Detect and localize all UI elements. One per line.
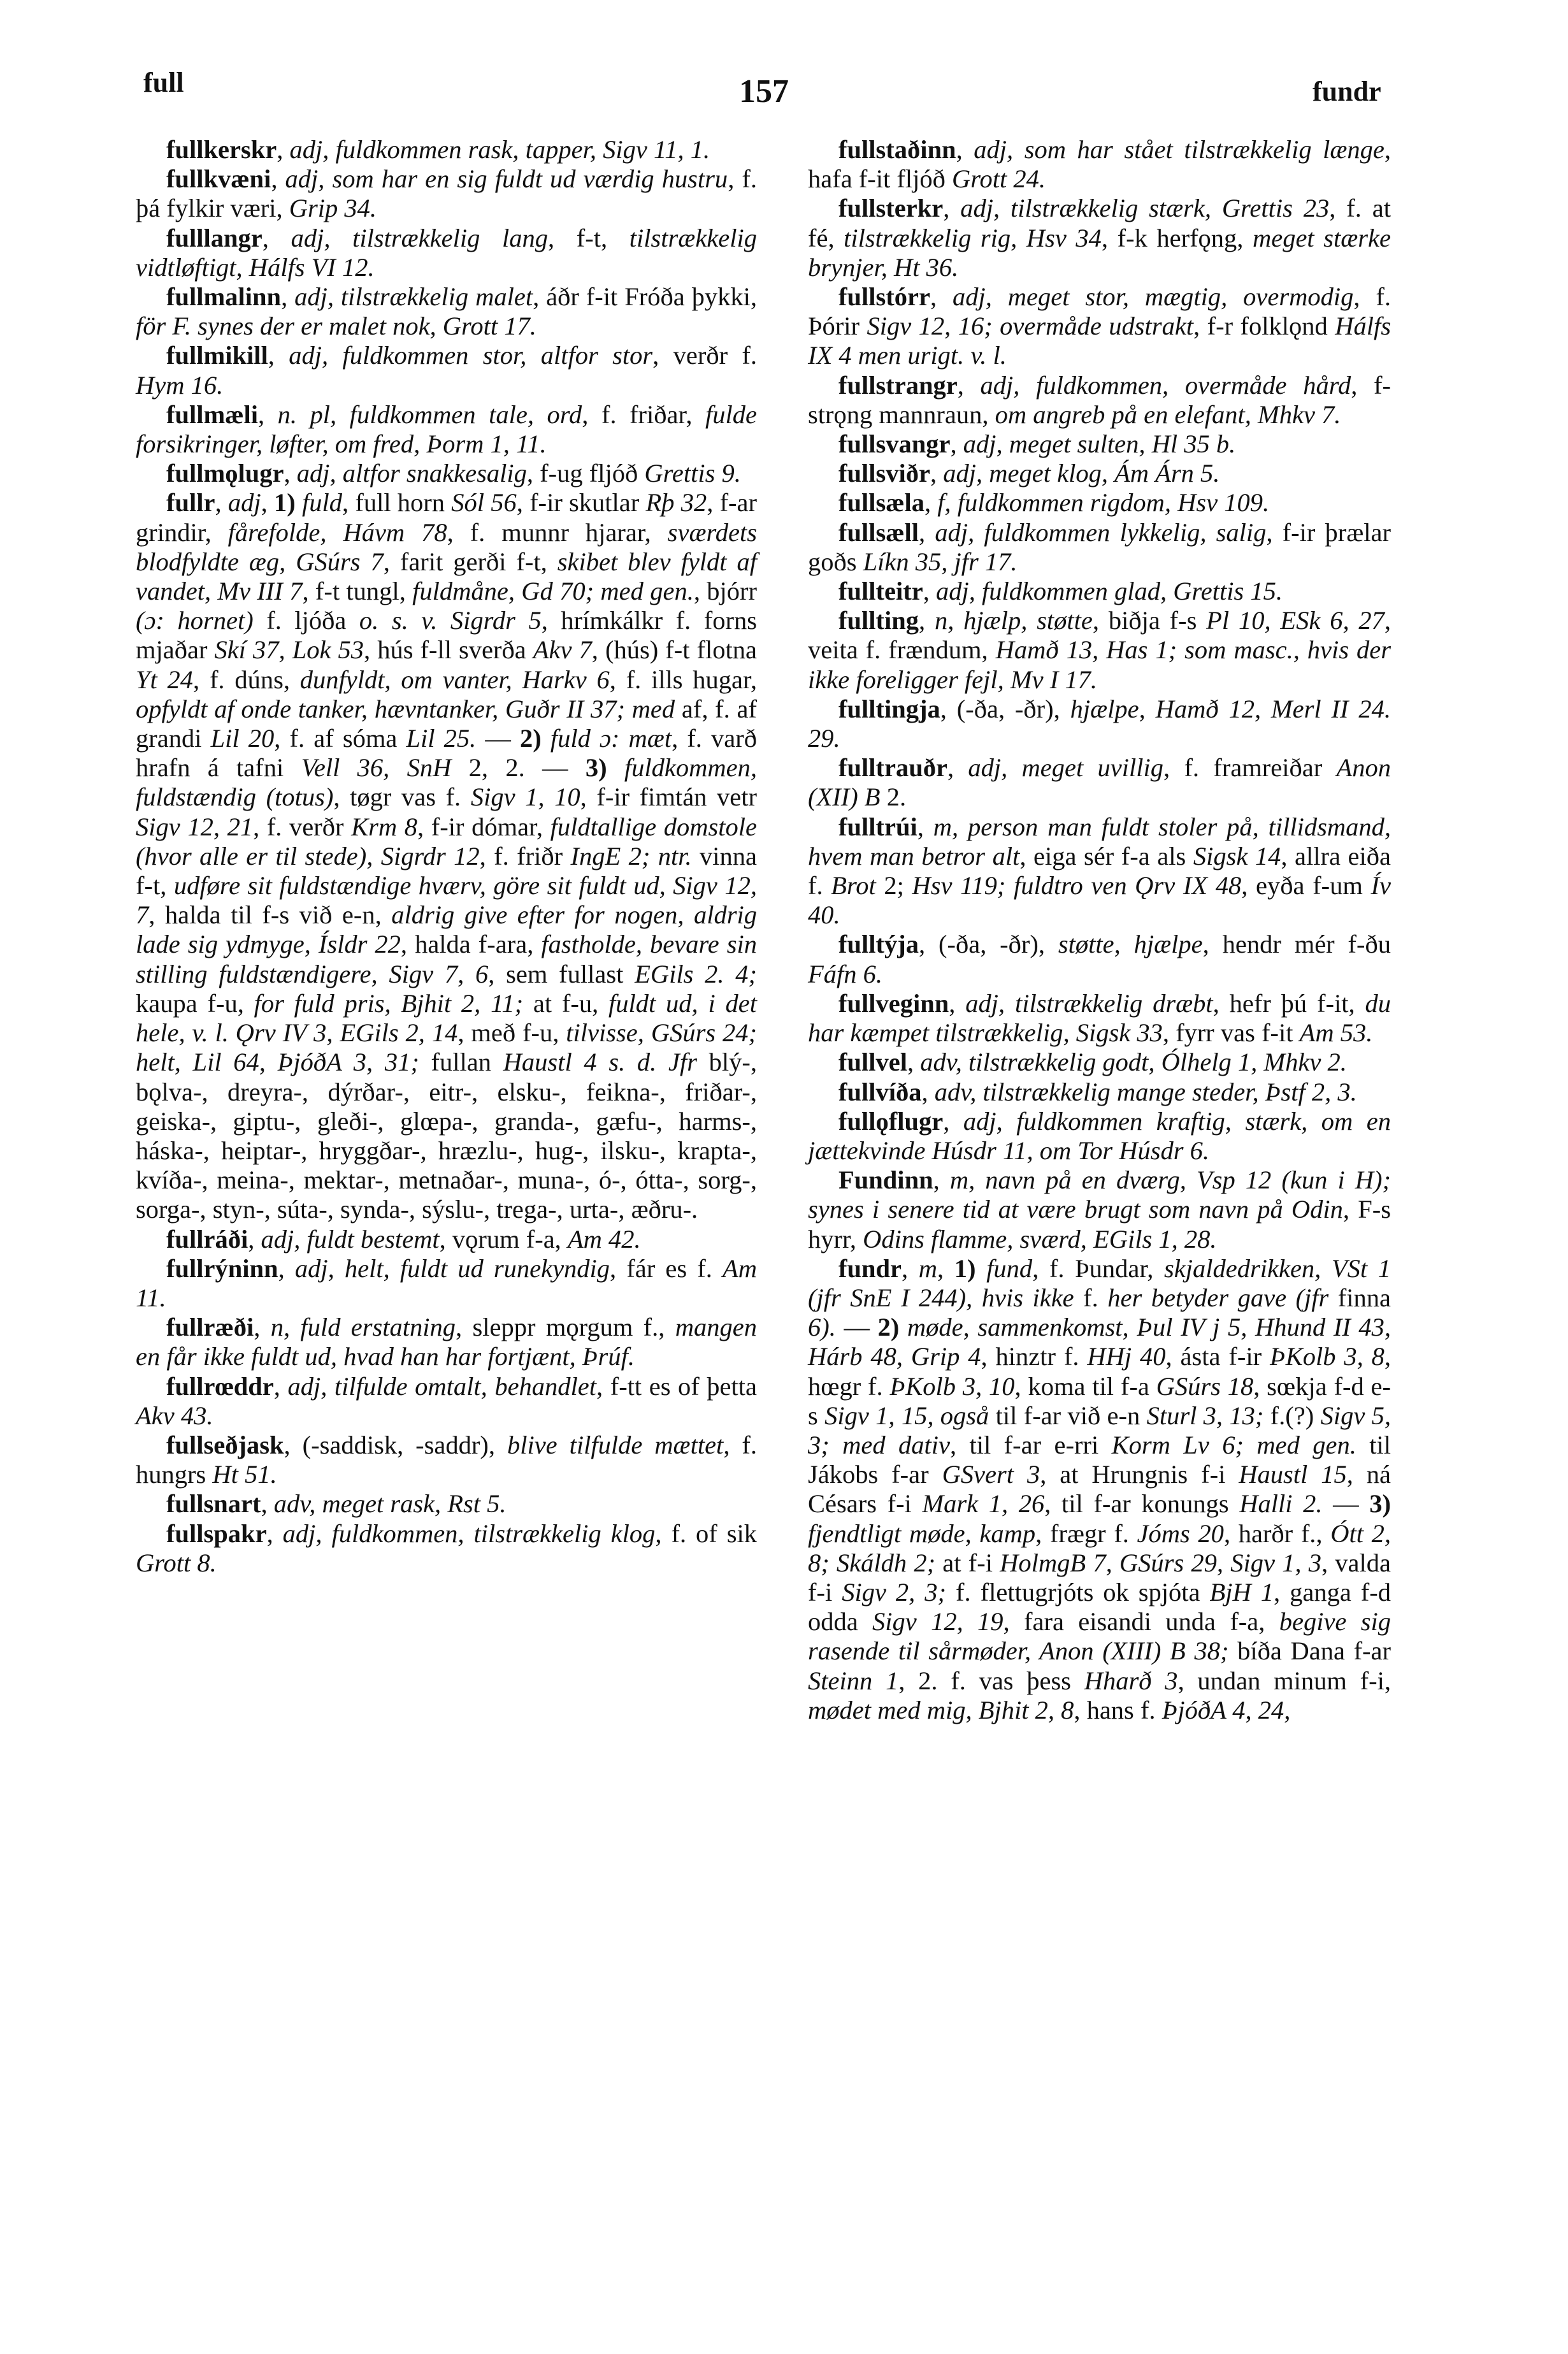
entry-text: , hefr þú f-it, [1213, 989, 1365, 1018]
dictionary-entry: fullsæla, f, fuldkommen rigdom, Hsv 109. [808, 488, 1391, 517]
entry-text: Sigv 2, 3; [842, 1578, 946, 1607]
entry-text: Pl 10, ESk 6, 27 [1206, 606, 1385, 635]
entry-text: adj, meget uvillig [968, 753, 1163, 782]
entry-text: BjH 1 [1210, 1578, 1274, 1607]
entry-text: , [268, 341, 289, 370]
entry-text: Sigv 12, 21 [136, 812, 253, 841]
entry-text: , [943, 194, 960, 222]
dictionary-entry: fullstaðinn, adj, som har stået tilstræk… [808, 135, 1391, 194]
entry-text: adj, meget stor, mægtig, overmodig [953, 282, 1353, 311]
entry-text: fuld [302, 488, 342, 517]
entry-text: , (-saddisk, -saddr), [284, 1431, 507, 1459]
entry-text: Mark 1, 26 [922, 1489, 1044, 1518]
entry-text: adj, fuldkommen, tilstrækkelig klog [283, 1519, 656, 1548]
entry-text: f. ljóða [254, 606, 359, 635]
entry-text: — [1323, 1489, 1370, 1518]
entry-text: Grott 8. [136, 1549, 217, 1577]
headword: fullkvæni [166, 164, 271, 193]
entry-text: n, fuld erstatning [271, 1313, 456, 1341]
headword: fullráði [166, 1225, 248, 1253]
entry-text: adj, fuldkommen stor, altfor stor [289, 341, 652, 370]
headword: fullvel [838, 1048, 907, 1076]
entry-text: blive tilfulde mættet [507, 1431, 723, 1459]
entry-text: f, fuldkommen rigdom, Hsv 109. [937, 488, 1269, 517]
entry-text: , [267, 1519, 283, 1548]
headword: fullsnart [166, 1489, 261, 1518]
entry-text: , f-t, [548, 224, 629, 252]
entry-text: kaupa f-u, [136, 989, 254, 1018]
headword: fullmæli [166, 400, 258, 429]
headword: fulllangr [166, 224, 263, 252]
dictionary-entry: Fundinn, m, navn på en dværg, Vsp 12 (ku… [808, 1166, 1391, 1254]
entry-text: Haustl 15 [1239, 1460, 1346, 1489]
dictionary-entry: fullmæli, n. pl, fuldkommen tale, ord, f… [136, 400, 757, 459]
entry-text: adj, fuldt bestemt [261, 1225, 440, 1253]
entry-text: GSúrs 18 [1156, 1372, 1254, 1401]
entry-text: støtte, hjælpe [1058, 930, 1203, 958]
entry-text [976, 1254, 987, 1283]
dictionary-entry: fullræði, n, fuld erstatning, sleppr mǫr… [136, 1313, 757, 1371]
entry-text: 2) [520, 724, 542, 753]
dictionary-entry: fullsterkr, adj, tilstrækkelig stærk, Gr… [808, 194, 1391, 282]
headword: fullseðjask [166, 1431, 284, 1459]
dictionary-entry: fullstrangr, adj, fuldkommen, overmåde h… [808, 371, 1391, 430]
headword: fullrœddr [166, 1372, 274, 1401]
entry-text: 1) [954, 1254, 976, 1283]
entry-text: , at Hrungnis f-i [1040, 1460, 1239, 1489]
entry-text: , [278, 1254, 295, 1283]
dictionary-entry: fullstórr, adj, meget stor, mægtig, over… [808, 282, 1391, 371]
entry-text: 1) [274, 488, 296, 517]
entry-text: , [949, 989, 965, 1018]
entry-text: Grott 24. [952, 164, 1046, 193]
entry-text: , f-ir fimtán vetr [580, 783, 757, 811]
entry-text: , eiga sér f-a als [1019, 842, 1193, 870]
entry-text: , [261, 488, 274, 517]
entry-text: , f. ills hugar, [610, 665, 757, 694]
entry-text: , [281, 282, 294, 311]
headword: fullǫflugr [838, 1107, 943, 1136]
entry-text: n. pl, fuldkommen tale, ord [278, 400, 582, 429]
entry-text: f.(?) [1263, 1401, 1320, 1430]
entry-text: , f-r folklǫnd [1193, 312, 1335, 340]
entry-text: opfyldt af onde tanker, hævntanker, Guðr… [136, 695, 675, 723]
dictionary-entry: fulltrúi, m, person man fuldt stoler på,… [808, 812, 1391, 930]
entry-text: fuldmåne, Gd 70; med gen. [412, 577, 694, 605]
entry-text: , [930, 282, 953, 311]
headword: fullr [166, 488, 215, 517]
dictionary-entry: fullteitr, adj, fuldkommen glad, Grettis… [808, 577, 1391, 606]
entry-text: , [907, 1048, 920, 1076]
entry-text [899, 1313, 907, 1341]
entry-text: , [248, 1225, 261, 1253]
entry-text: — [836, 1313, 878, 1341]
dictionary-entry: fulltingja, (-ða, -ðr), hjælpe, Hamð 12,… [808, 695, 1391, 753]
entry-text: Akv 43. [136, 1401, 213, 1430]
entry-text: ÞKolb 3, 10 [890, 1372, 1015, 1401]
entry-text: , f-ir skutlar [517, 488, 646, 517]
entry-text: Am 53. [1300, 1018, 1373, 1047]
dictionary-entry: fullsnart, adv, meget rask, Rst 5. [136, 1489, 757, 1519]
dictionary-entry: fullr, adj, 1) fuld, full horn Sól 56, f… [136, 488, 757, 1224]
entry-text: , [261, 1489, 274, 1518]
entry-text: Lil 25. [406, 724, 476, 753]
entry-text: 2; [876, 871, 912, 900]
dictionary-entry: fullrœddr, adj, tilfulde omtalt, behandl… [136, 1372, 757, 1431]
entry-text: adj, fuldkommen glad, Grettis 15. [936, 577, 1283, 605]
entry-text: , [923, 577, 936, 605]
entry-text: m [919, 1254, 937, 1283]
entry-text: , harðr f., [1224, 1519, 1330, 1548]
entry-text: Sigsk 14 [1193, 842, 1281, 870]
dictionary-entry: fulltýja, (-ða, -ðr), støtte, hjælpe, he… [808, 930, 1391, 988]
entry-text: Sturl 3, 13; [1147, 1401, 1264, 1430]
entry-text: — [476, 724, 520, 753]
entry-text: , verðr f. [652, 341, 757, 370]
entry-text: , [937, 1254, 954, 1283]
entry-text: at f-u, [523, 989, 608, 1018]
entry-text: Brot [831, 871, 876, 900]
entry-text: , [284, 459, 297, 487]
entry-text: , [947, 753, 968, 782]
entry-text: IngE 2; ntr. [571, 842, 692, 870]
entry-text: , 2. f. vas þess [898, 1666, 1084, 1695]
entry-text: , hinztr f. [981, 1342, 1088, 1371]
entry-text: Vell 36, SnH [301, 753, 452, 782]
entry-text: Grettis 9. [644, 459, 741, 487]
entry-text: , fár es f. [610, 1254, 723, 1283]
entry-text: , halda f-ara, [401, 930, 541, 958]
entry-text: adj, som har stået tilstrækkelig længe [974, 135, 1385, 164]
entry-text: , fyrr vas f-it [1163, 1018, 1300, 1047]
dictionary-entry: fullkvæni, adj, som har en sig fuldt ud … [136, 164, 757, 223]
page-number: 157 [739, 75, 789, 108]
headword: fullstaðinn [838, 135, 956, 164]
entry-text: for fuld pris, Bjhit 2, 11; [254, 989, 523, 1018]
entry-text: , f-tt es of þetta [596, 1372, 757, 1401]
dictionary-entry: fullvíða, adv, tilstrækkelig mange stede… [808, 1078, 1391, 1107]
entry-text: Líkn 35, jfr 17. [863, 547, 1018, 576]
entry-text: adv, tilstrækkelig mange steder, Þstf 2,… [935, 1078, 1357, 1106]
dictionary-entry: fullsæll, adj, fuldkommen lykkelig, sali… [808, 518, 1391, 577]
headword: fullmǫlugr [166, 459, 284, 487]
dictionary-column-left: fullkerskr, adj, fuldkommen rask, tapper… [136, 135, 757, 1578]
entry-text: , koma til f-a [1015, 1372, 1156, 1401]
entry-text: bíða Dana f-ar [1228, 1636, 1391, 1665]
headword: fullrýninn [166, 1254, 278, 1283]
entry-text: Jóms 20 [1137, 1519, 1224, 1548]
entry-text: adj, fuldkommen lykkelig, salig [935, 518, 1266, 547]
entry-text: adj, meget klog, Ám Árn 5. [943, 459, 1219, 487]
headword: fullsvangr [838, 430, 951, 458]
entry-text: adj, meget sulten, Hl 35 b. [963, 430, 1235, 458]
headword: fullsterkr [838, 194, 943, 222]
entry-text: , f. verðr [253, 812, 351, 841]
entry-text: adj, som har en sig fuldt ud værdig hust… [285, 164, 728, 193]
running-head-right: fundr [1313, 78, 1381, 106]
entry-text: dunfyldt, om vanter, Harkv 6 [300, 665, 610, 694]
entry-text: , tøgr vas f. [333, 783, 470, 811]
entry-text: Sól 56 [451, 488, 516, 517]
entry-text: ÞKolb 3, 8 [1270, 1342, 1385, 1371]
dictionary-entry: fullráði, adj, fuldt bestemt, vǫrum f-a,… [136, 1225, 757, 1254]
headword: fullvíða [838, 1078, 922, 1106]
dictionary-entry: fullkerskr, adj, fuldkommen rask, tapper… [136, 135, 757, 164]
entry-text: , áðr f-it Fróða þykki, [533, 282, 757, 311]
entry-text: Yt 24 [136, 665, 193, 694]
dictionary-entry: fullspakr, adj, fuldkommen, tilstrækkeli… [136, 1519, 757, 1578]
entry-text: tilstrækkelig rig, Hsv 34 [844, 224, 1102, 252]
entry-text: adj, tilstrækkelig malet [294, 282, 533, 311]
entry-text: adj, fuldkommen rask, tapper, Sigv 11, 1… [290, 135, 710, 164]
dictionary-entry: fullting, n, hjælp, støtte, biðja f-s Pl… [808, 606, 1391, 695]
entry-text: , undan minum f-i, [1178, 1666, 1391, 1695]
entry-text: Skí 37, Lok 53 [215, 635, 364, 664]
entry-text: , hans f. [1074, 1696, 1162, 1724]
entry-text: Akv 7 [533, 635, 592, 664]
headword: fulltrauðr [838, 753, 947, 782]
headword: fullsæla [838, 488, 924, 517]
entry-text: , farit gerði f-t, [384, 547, 557, 576]
entry-text: Rþ 32 [646, 488, 707, 517]
entry-text [296, 488, 302, 517]
entry-text: adj, tilstrækkelig dræbt [965, 989, 1212, 1018]
entry-text: , sleppr mǫrgum f., [456, 1313, 675, 1341]
entry-text: , [933, 1166, 950, 1194]
entry-text: adj, helt, fuldt ud runekyndig [295, 1254, 610, 1283]
entry-text: adj, tilstrækkelig lang [291, 224, 548, 252]
entry-text: f. flettugrjóts ok spjóta [946, 1578, 1209, 1607]
entry-text: Korm Lv 6; med gen. [1112, 1431, 1356, 1459]
entry-text: , til f-ar konungs [1044, 1489, 1239, 1518]
entry-text: Steinn 1 [808, 1666, 898, 1695]
entry-text: , [958, 371, 981, 400]
dictionary-entry: fullsvangr, adj, meget sulten, Hl 35 b. [808, 430, 1391, 459]
entry-text: , [943, 1107, 963, 1136]
headword: fullræði [166, 1313, 254, 1341]
entry-text: 6). [808, 1313, 836, 1341]
entry-text: , full horn [342, 488, 451, 517]
entry-text: Hharð 3 [1084, 1666, 1178, 1695]
entry-text [542, 724, 550, 753]
entry-text: Fáfn 6. [808, 960, 882, 988]
entry-text: , [263, 224, 291, 252]
entry-text: Odins flamme, sværd, EGils 1, 28. [863, 1225, 1216, 1253]
entry-text: , [215, 488, 228, 517]
entry-text: , [956, 135, 974, 164]
entry-text: her betyder gave (jfr [1107, 1283, 1328, 1312]
entry-text: , f. framreiðar [1163, 753, 1336, 782]
dictionary-entry: fullveginn, adj, tilstrækkelig dræbt, he… [808, 989, 1391, 1048]
entry-text: adj, altfor snakkesalig [297, 459, 527, 487]
entry-text: , [924, 488, 937, 517]
entry-text: , [917, 812, 933, 841]
entry-text: finna [1328, 1283, 1391, 1312]
dictionary-entry: fullmǫlugr, adj, altfor snakkesalig, f-u… [136, 459, 757, 488]
entry-text: fuld ɔ: mæt [550, 724, 672, 753]
entry-text: Haustl 4 s. d. Jfr [503, 1048, 697, 1076]
entry-text: 2. [881, 783, 907, 811]
entry-text: , [902, 1254, 919, 1283]
entry-text: , (-ða, -ðr), [940, 695, 1070, 723]
dictionary-entry: fullvel, adv, tilstrækkelig godt, Ólhelg… [808, 1048, 1391, 1077]
entry-text: , fara eisandi unda f-a, [1003, 1607, 1279, 1636]
entry-text: , [919, 518, 935, 547]
entry-text: fund [986, 1254, 1032, 1283]
entry-text: 2) [878, 1313, 900, 1341]
entry-text: , eyða f-um [1241, 871, 1370, 900]
entry-text: , hús f-ll sverða [364, 635, 533, 664]
entry-text: , f. Þundar, [1032, 1254, 1164, 1283]
entry-text: , hendr mér f-ðu [1203, 930, 1391, 958]
entry-text: Sigv 1, 10 [471, 783, 580, 811]
entry-text: HHj 40 [1087, 1342, 1165, 1371]
entry-text: , f-t tungl, [302, 577, 412, 605]
entry-text: Halli 2. [1239, 1489, 1322, 1518]
entry-text: Grip 34. [289, 194, 377, 222]
entry-text: at f-i [935, 1549, 1000, 1577]
entry-text: n, hjælp, støtte [935, 606, 1093, 635]
entry-text: Am 42. [568, 1225, 641, 1253]
entry-text [607, 753, 624, 782]
entry-text: f. [1074, 1283, 1108, 1312]
entry-text: , biðja f-s [1093, 606, 1206, 635]
entry-text: fårefolde, Hávm 78 [228, 518, 447, 547]
headword: fullmalinn [166, 282, 281, 311]
headword: fulltrúi [838, 812, 917, 841]
headword: fullmikill [166, 341, 268, 370]
headword: fullveginn [838, 989, 949, 1018]
entry-text: , f-k herfǫng, [1102, 224, 1253, 252]
entry-text: , sem fullast [488, 960, 635, 988]
entry-text: Sigv 1, 15, også [824, 1401, 989, 1430]
entry-text: HolmgB 7, GSúrs 29, Sigv 1, 3 [1000, 1549, 1321, 1577]
entry-text: , f. af sóma [274, 724, 406, 753]
entry-text: fjendtligt møde, kamp [808, 1519, 1035, 1548]
entry-text: , f. friðr [480, 842, 571, 870]
entry-text: (ɔ: hornet) [136, 606, 254, 635]
headword: fullkerskr [166, 135, 277, 164]
running-head-left: full [143, 69, 184, 97]
entry-text: mødet med mig, Bjhit 2, 8 [808, 1696, 1074, 1724]
entry-text: adj, tilstrækkelig stærk, Grettis 23 [960, 194, 1329, 222]
entry-text: adj, tilfulde omtalt, behandlet [287, 1372, 596, 1401]
entry-text: , f-ir dómar, [417, 812, 550, 841]
entry-text: Hsv 119; fuldtro ven Ǫrv IX 48 [912, 871, 1242, 900]
entry-text: Lil 20 [211, 724, 275, 753]
dictionary-entry: fundr, m, 1) fund, f. Þundar, skjaldedri… [808, 1254, 1391, 1725]
headword: fullspakr [166, 1519, 267, 1548]
entry-text: , f. dúns, [193, 665, 300, 694]
dictionary-column-right: fullstaðinn, adj, som har stået tilstræk… [808, 135, 1391, 1725]
entry-text: adv, tilstrækkelig godt, Ólhelg 1, Mhkv … [920, 1048, 1347, 1076]
entry-text: , ásta f-ir [1166, 1342, 1270, 1371]
entry-text: ÞjóðA 4, 24, [1162, 1696, 1291, 1724]
entry-text: Sigv 12, 16; overmåde udstrakt [867, 312, 1193, 340]
entry-text: för F. synes der er malet nok, Grott 17. [136, 312, 536, 340]
headword: fullsæll [838, 518, 919, 547]
entry-text: , [930, 459, 943, 487]
entry-text: 2, 2. — [451, 753, 586, 782]
headword: fulltingja [838, 695, 940, 723]
entry-text: , vǫrum f-a, [440, 1225, 568, 1253]
entry-text: , [274, 1372, 288, 1401]
dictionary-entry: fullmalinn, adj, tilstrækkelig malet, áð… [136, 282, 757, 341]
headword: fullting [838, 606, 919, 635]
dictionary-entry: fullǫflugr, adj, fuldkommen kraftig, stæ… [808, 1107, 1391, 1166]
headword: fullstórr [838, 282, 930, 311]
dictionary-entry: fulltrauðr, adj, meget uvillig, f. framr… [808, 753, 1391, 812]
dictionary-entry: fulllangr, adj, tilstrækkelig lang, f-t,… [136, 224, 757, 282]
headword: fulltýja [838, 930, 919, 958]
entry-text: 3) [1369, 1489, 1391, 1518]
dictionary-entry: fullseðjask, (-saddisk, -saddr), blive t… [136, 1431, 757, 1489]
entry-text: Ht 51. [212, 1460, 277, 1489]
headword: fundr [838, 1254, 902, 1283]
entry-text: om angreb på en elefant, Mhkv 7. [995, 400, 1341, 429]
entry-text: , bjórr [694, 577, 757, 605]
entry-text: adv, meget rask, Rst 5. [274, 1489, 507, 1518]
entry-text: , [258, 400, 278, 429]
headword: fullteitr [838, 577, 923, 605]
entry-text: , f. munnr hjarar, [447, 518, 668, 547]
entry-text: , f. friðar, [582, 400, 705, 429]
entry-text: , [277, 135, 289, 164]
entry-text: , [919, 606, 935, 635]
entry-text: Krm 8 [351, 812, 417, 841]
entry-text: , [254, 1313, 270, 1341]
entry-text: til f-ar við e-n [989, 1401, 1146, 1430]
dictionary-entry: fullrýninn, adj, helt, fuldt ud runekynd… [136, 1254, 757, 1313]
entry-text: , [951, 430, 963, 458]
dictionary-entry: fullsviðr, adj, meget klog, Ám Árn 5. [808, 459, 1391, 488]
entry-text: , (hús) f-t flotna [592, 635, 757, 664]
entry-text: fullan [419, 1048, 503, 1076]
headword: fullsviðr [838, 459, 930, 487]
entry-text: , með f-u, [457, 1018, 566, 1047]
entry-text: , (-ða, -ðr), [919, 930, 1058, 958]
entry-text: Hym 16. [136, 371, 223, 400]
entry-text: EGils 2. 4; [635, 960, 757, 988]
entry-text: o. s. v. Sigrdr 5 [359, 606, 542, 635]
entry-text: , [271, 164, 285, 193]
entry-text: adj [228, 488, 261, 517]
entry-text: , halda til f-s við e-n, [148, 900, 391, 929]
entry-text: , f-ug fljóð [527, 459, 644, 487]
entry-text: Sigv 12, 19 [872, 1607, 1003, 1636]
entry-text: GSvert 3 [942, 1460, 1040, 1489]
entry-text: , [922, 1078, 935, 1106]
headword: fullstrangr [838, 371, 958, 400]
entry-text: , f. of sik [655, 1519, 757, 1548]
entry-text: adj, fuldkommen, overmåde hård [981, 371, 1351, 400]
entry-text: , frægr f. [1035, 1519, 1137, 1548]
entry-text: , til f-ar e-rri [950, 1431, 1112, 1459]
dictionary-entry: fullmikill, adj, fuldkommen stor, altfor… [136, 341, 757, 400]
entry-text: 3) [586, 753, 607, 782]
headword: Fundinn [838, 1166, 933, 1194]
